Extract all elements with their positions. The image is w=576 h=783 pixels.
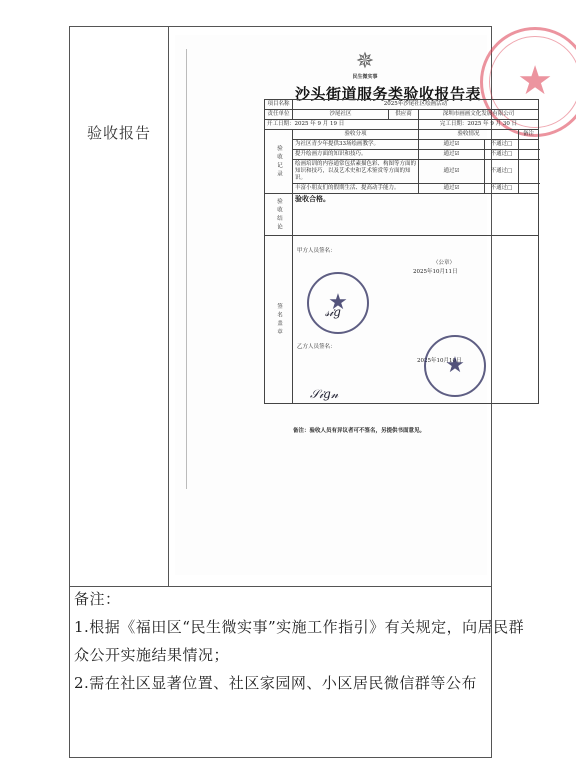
party-a-seal-caption: （公章） [433,260,455,267]
scanned-acceptance-form: ✵ 民生微实事 沙头街道服务类验收报告表 ★ 项目名称 2025年沙尾社区绘画活… [175,35,487,575]
note-line-1: 1.根据《福田区“民生微实事”实施工作指引》有关规定，向居民群 [69,613,492,641]
item-text: 绘画培训的内容通常包括素描色彩、构图等方面的知识和技巧，以及艺术史和艺术鉴赏等方… [293,160,419,184]
party-a-date: 2025年10月11日 [413,269,458,276]
supplier-value: 深圳市画画文化发展有限公司 [419,110,539,120]
seal-star-icon: ★ [426,353,484,378]
record-label: 验收记录 [275,145,282,179]
fail-checkbox: 不通过□ [485,140,519,150]
conclusion-label: 验收结论 [275,198,282,232]
section-label: 验收报告 [70,122,168,143]
note-line-1-cont: 众公开实施结果情况； [69,641,492,669]
end-date: 完工日期：2025 年 9 月 30 日 [419,120,539,130]
party-b-handwritten-signature: 𝒮𝒾𝑔𝓃 [310,387,338,402]
start-date: 开工日期：2025 年 9 月 19 日 [265,120,419,130]
signature-label-cell: 签名盖章 [265,236,293,404]
notes-heading: 备注： [69,585,492,613]
fail-checkbox: 不通过□ [485,150,519,160]
table-row: 丰富小朋友们的假期生活、提高动手能力。 通过☑ 不通过□ [265,184,539,194]
project-name-label: 项目名称 [265,100,293,110]
supplier-label: 供应商 [389,110,419,120]
bottom-notes: 备注： 1.根据《福田区“民生微实事”实施工作指引》有关规定，向居民群 众公开实… [69,585,492,697]
item-text: 为社区青少年提供33场绘画教学。 [293,140,419,150]
pass-checkbox: 通过☑ [419,160,485,184]
record-label-cell: 验收记录 [265,130,293,194]
conclusion-label-cell: 验收结论 [265,194,293,236]
project-name-value: 2025年沙尾社区绘画活动 [293,100,539,110]
fail-checkbox: 不通过□ [485,184,519,194]
item-text: 丰富小朋友们的假期生活、提高动手能力。 [293,184,419,194]
pass-checkbox: 通过☑ [419,140,485,150]
pass-checkbox: 通过☑ [419,150,485,160]
conclusion-value: 验收合格。 [293,194,539,236]
remarks-header: 备注 [519,130,539,140]
fail-checkbox: 不通过□ [485,160,519,184]
table-row: 提升绘画方面的知识和技巧。 通过☑ 不通过□ [265,150,539,160]
responsible-unit-label: 责任单位 [265,110,293,120]
items-header: 验收分项 [293,130,419,140]
note-line-2: 2.需在社区显著位置、社区家园网、小区居民微信群等公布 [69,669,492,697]
minsheng-logo: ✵ 民生微实事 [345,51,385,80]
table-row: 绘画培训的内容通常包括素描色彩、构图等方面的知识和技巧，以及艺术史和艺术鉴赏等方… [265,160,539,184]
status-header: 验收情况 [419,130,519,140]
star-logo-icon: ✵ [345,51,385,73]
pass-checkbox: 通过☑ [419,184,485,194]
party-b-seal: ★ [424,335,486,397]
signature-label: 签名盖章 [275,303,282,337]
table-row: 为社区青少年提供33场绘画教学。 通过☑ 不通过□ [265,140,539,150]
acceptance-form-table: 项目名称 2025年沙尾社区绘画活动 责任单位 沙尾社区 供应商 深圳市画画文化… [264,99,539,404]
party-a-signature-label: 甲方人员签名： [297,248,336,255]
seal-star-icon: ★ [483,58,576,104]
party-a-handwritten-signature: 𝓈𝒾𝑔 [325,305,341,320]
form-footnote: 备注：验收人员有异议者可不签名，另提供书面意见。 [293,426,425,434]
party-a-seal: ★ [307,272,369,334]
item-text: 提升绘画方面的知识和技巧。 [293,150,419,160]
party-b-signature-label: 乙方人员签名： [297,344,336,351]
responsible-unit-value: 沙尾社区 [293,110,389,120]
column-divider [168,27,169,586]
